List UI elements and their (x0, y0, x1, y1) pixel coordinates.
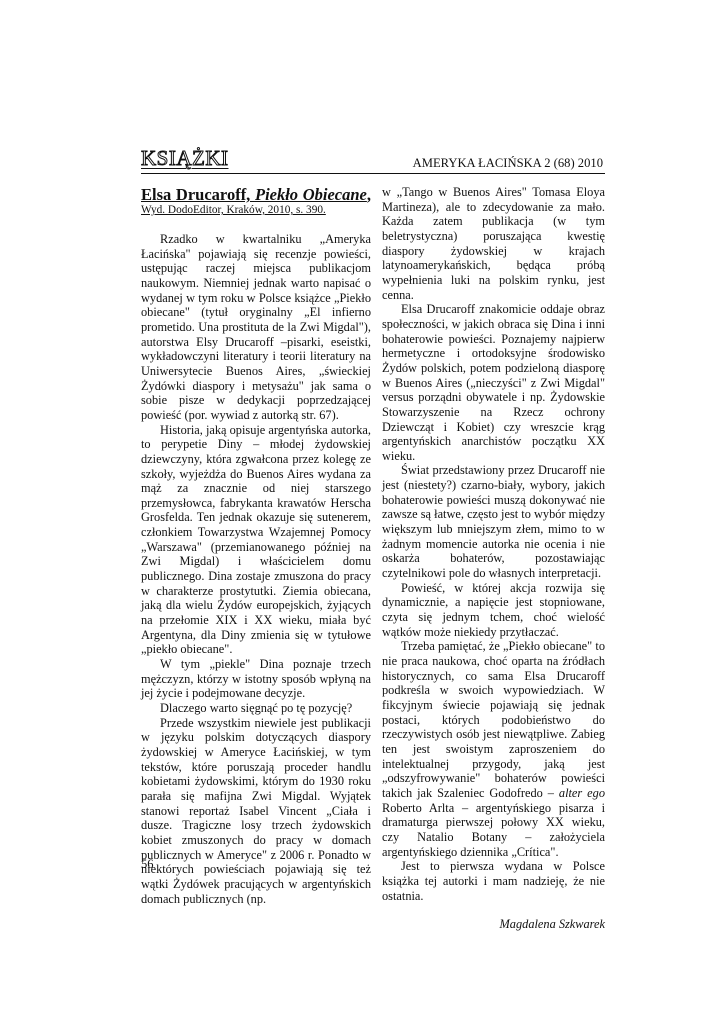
spacer (141, 217, 371, 232)
title-book: Piekło Obiecane (255, 185, 367, 204)
author-signature: Magdalena Szkwarek (382, 917, 605, 932)
paragraph: Dlaczego warto sięgnąć po tę pozycję? (141, 701, 371, 716)
journal-issue-info: AMERYKA ŁACIŃSKA 2 (68) 2010 (413, 156, 603, 171)
section-label: KSIĄŻKI (141, 146, 229, 171)
italic-term: alter ego (559, 786, 605, 800)
paragraph-continuation: w „Tango w Buenos Aires" Tomasa Eloya Ma… (382, 185, 605, 302)
publication-imprint: Wyd. DodoEditor, Kraków, 2010, s. 390. (141, 204, 371, 217)
running-header: KSIĄŻKI AMERYKA ŁACIŃSKA 2 (68) 2010 (141, 147, 605, 174)
left-column: Elsa Drucaroff, Piekło Obiecane, Wyd. Do… (141, 185, 371, 906)
title-trailing: , (367, 185, 371, 204)
review-title: Elsa Drucaroff, Piekło Obiecane, (141, 185, 371, 203)
text-run: Trzeba pamiętać, że „Piekło obiecane" to… (382, 639, 605, 800)
right-column: w „Tango w Buenos Aires" Tomasa Eloya Ma… (382, 185, 605, 932)
paragraph: Rzadko w kwartalniku „Ameryka Łacińska" … (141, 232, 371, 423)
paragraph: Przede wszystkim niewiele jest publikacj… (141, 716, 371, 907)
paragraph: Historia, jaką opisuje argentyńska autor… (141, 423, 371, 658)
page-number: 56 (141, 857, 154, 872)
document-page: KSIĄŻKI AMERYKA ŁACIŃSKA 2 (68) 2010 Els… (0, 0, 725, 1024)
paragraph: W tym „piekle" Dina poznaje trzech mężcz… (141, 657, 371, 701)
paragraph: Powieść, w której akcja rozwija się dyna… (382, 581, 605, 640)
paragraph-closing: Jest to pierwsza wydana w Polsce książka… (382, 859, 605, 903)
paragraph-alter-ego: Trzeba pamiętać, że „Piekło obiecane" to… (382, 639, 605, 859)
title-author: Elsa Drucaroff, (141, 185, 255, 204)
paragraph: Świat przedstawiony przez Drucaroff nie … (382, 463, 605, 580)
text-run: Roberto Arlta – argentyńskiego pisarza i… (382, 801, 605, 859)
paragraph: Elsa Drucaroff znakomicie oddaje obraz s… (382, 302, 605, 463)
